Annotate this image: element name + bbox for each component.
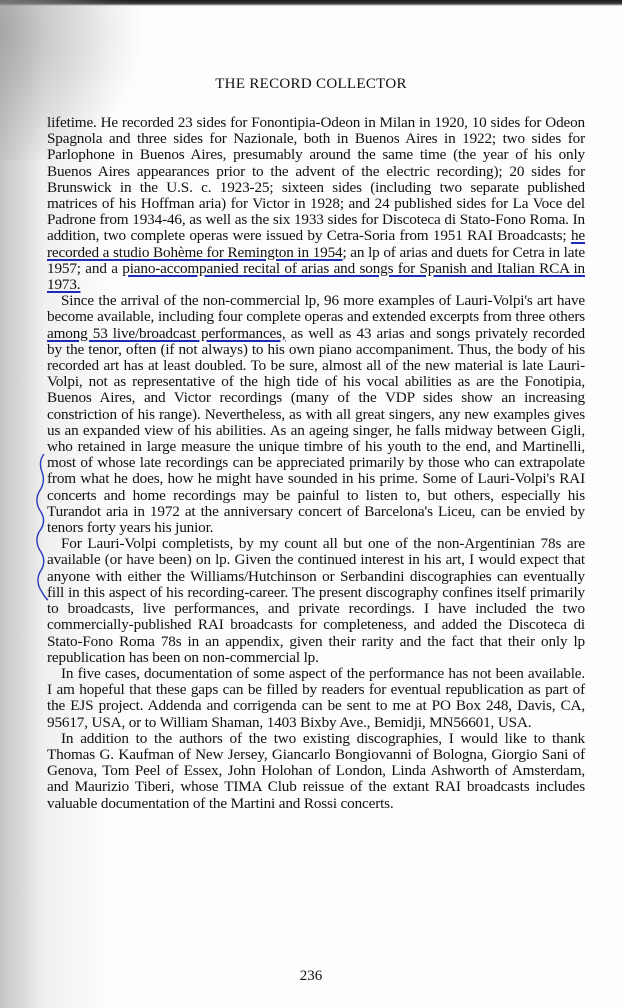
text-segment: Since the arrival of the non-commercial … [47,292,585,325]
page-number: 236 [0,968,622,985]
paragraph: lifetime. He recorded 23 sides for Fonon… [47,115,585,293]
paragraph: For Lauri-Volpi completists, by my count… [47,536,585,666]
text-segment: For Lauri-Volpi completists, by my count… [47,535,585,665]
article-body: lifetime. He recorded 23 sides for Fonon… [47,115,585,812]
page-top-edge [0,0,622,6]
ink-underlined-text: among 53 live/broadcast performances, [47,325,286,342]
margin-bracket-annotation [30,452,50,602]
paragraph: In five cases, documentation of some asp… [47,666,585,731]
paragraph: In addition to the authors of the two ex… [47,731,585,812]
text-segment: In addition to the authors of the two ex… [47,730,585,812]
ink-underlined-text: piano-accompanied recital of arias and s… [47,260,585,293]
text-segment: In five cases, documentation of some asp… [47,665,585,731]
text-segment: as well as 43 arias and songs privately … [47,325,585,536]
paragraph: Since the arrival of the non-commercial … [47,293,585,536]
text-segment: lifetime. He recorded 23 sides for Fonon… [47,114,585,244]
running-head: THE RECORD COLLECTOR [0,76,622,93]
